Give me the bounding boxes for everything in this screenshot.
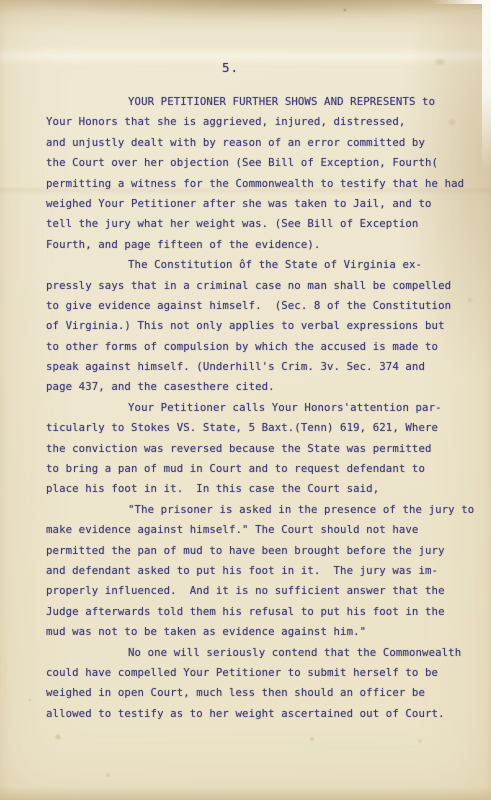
text-line: Your Petitioner calls Your Honors'attent… bbox=[46, 398, 466, 418]
text-line: tell the jury what her weight was. (See … bbox=[46, 214, 466, 234]
text-line: properly influenced. And it is no suffic… bbox=[46, 581, 466, 601]
text-line: make evidence against himself." The Cour… bbox=[46, 520, 466, 540]
scan-background-edge bbox=[482, 0, 491, 170]
text-line: The Constitution ôf the State of Virgini… bbox=[46, 255, 466, 275]
text-line: pressly says that in a criminal case no … bbox=[46, 276, 466, 296]
text-line: and defendant asked to put his foot in i… bbox=[46, 561, 466, 581]
page-number: 5. bbox=[222, 60, 239, 75]
document-page: 5. YOUR PETITIONER FURTHER SHOWS AND REP… bbox=[0, 0, 491, 800]
text-line: No one will seriously contend that the C… bbox=[46, 643, 466, 663]
scan-background-edge-top bbox=[431, 0, 491, 4]
text-line: page 437, and the casesthere cited. bbox=[46, 377, 466, 397]
text-line: YOUR PETITIONER FURTHER SHOWS AND REPRES… bbox=[46, 92, 466, 112]
text-line: permitting a witness for the Commonwealt… bbox=[46, 174, 466, 194]
text-line: and unjustly dealt with by reason of an … bbox=[46, 133, 466, 153]
text-line: place his foot in it. In this case the C… bbox=[46, 479, 466, 499]
text-line: mud was not to be taken as evidence agai… bbox=[46, 622, 466, 642]
text-line: weighed in open Court, much less then sh… bbox=[46, 683, 466, 703]
text-line: allowed to testify as to her weight asce… bbox=[46, 704, 466, 724]
text-line: to bring a pan of mud in Court and to re… bbox=[46, 459, 466, 479]
text-line: to other forms of compulsion by which th… bbox=[46, 337, 466, 357]
text-line: speak against himself. (Underhill's Crim… bbox=[46, 357, 466, 377]
text-line: the Court over her objection (See Bill o… bbox=[46, 153, 466, 173]
text-line: Fourth, and page fifteen of the evidence… bbox=[46, 235, 466, 255]
document-body: YOUR PETITIONER FURTHER SHOWS AND REPRES… bbox=[46, 92, 466, 724]
text-line: the conviction was reversed because the … bbox=[46, 439, 466, 459]
text-line: Your Honors that she is aggrieved, injur… bbox=[46, 112, 466, 132]
text-line: permitted the pan of mud to have been br… bbox=[46, 541, 466, 561]
text-line: to give evidence against himself. (Sec. … bbox=[46, 296, 466, 316]
text-line: Judge afterwards told them his refusal t… bbox=[46, 602, 466, 622]
text-line: of Virginia.) This not only applies to v… bbox=[46, 316, 466, 336]
text-line: could have compelled Your Petitioner to … bbox=[46, 663, 466, 683]
text-line: "The prisoner is asked in the presence o… bbox=[46, 500, 466, 520]
text-line: ticularly to Stokes VS. State, 5 Baxt.(T… bbox=[46, 418, 466, 438]
text-line: weighed Your Petitioner after she was ta… bbox=[46, 194, 466, 214]
